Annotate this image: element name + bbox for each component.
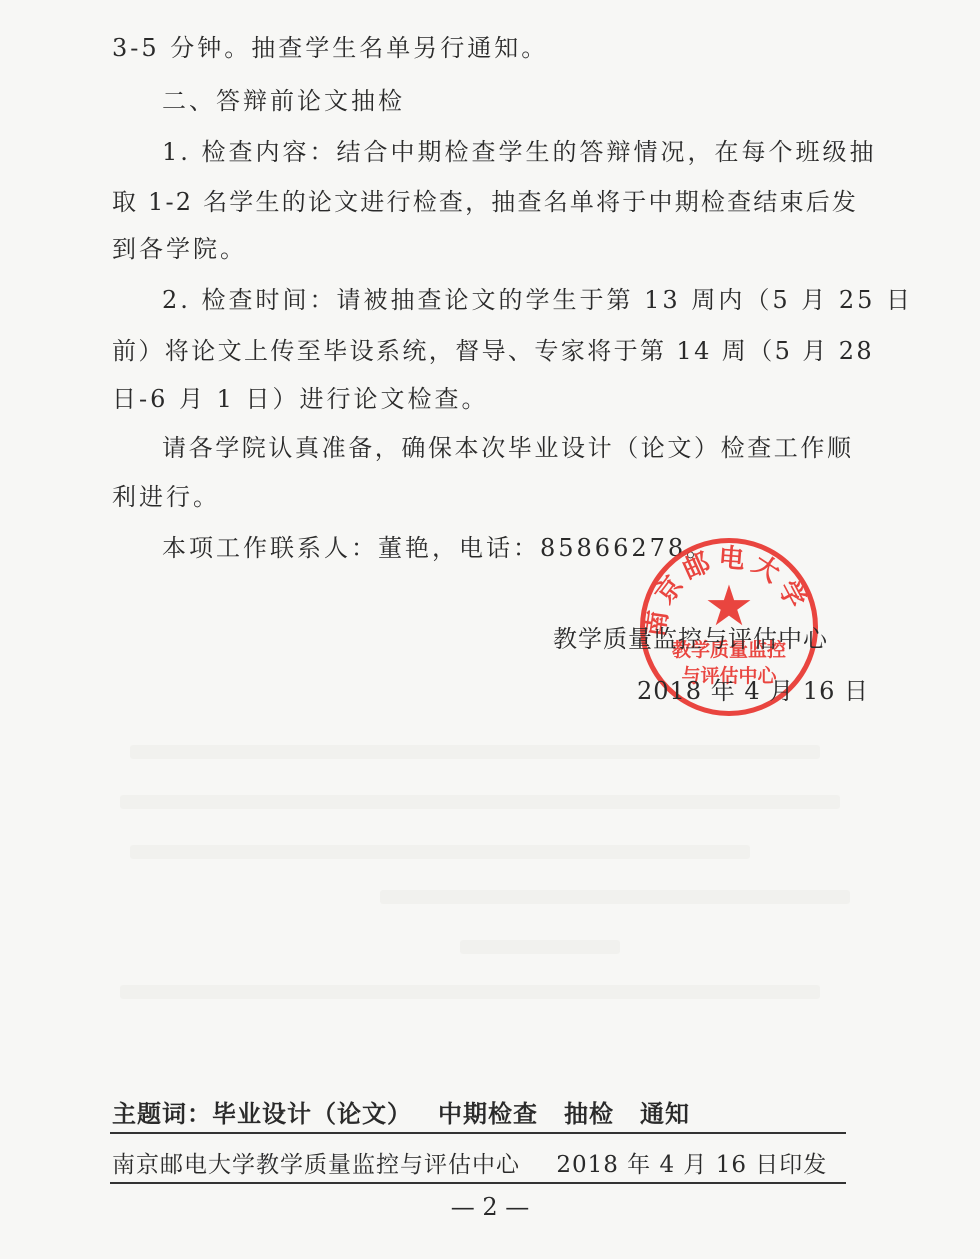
paragraph-line: 到各学院。 (112, 234, 247, 264)
bleed-through (380, 890, 850, 904)
bleed-through (120, 985, 820, 999)
paragraph-line: 前）将论文上传至毕设系统，督导、专家将于第 14 周（5 月 28 (112, 336, 874, 366)
footer-rule-bottom (110, 1182, 846, 1184)
issuer-org: 南京邮电大学教学质量监控与评估中心 (112, 1152, 520, 1178)
footer-rule-top (110, 1132, 846, 1134)
keywords-label: 主题词： (112, 1100, 212, 1128)
contact-line: 本项工作联系人：董艳，电话：85866278。 (162, 533, 713, 563)
bleed-through (130, 845, 750, 859)
paragraph-line: 取 1-2 名学生的论文进行检查，抽查名单将于中期检查结束后发 (112, 187, 858, 217)
section-heading: 二、答辩前论文抽检 (162, 86, 405, 116)
bleed-through (120, 795, 840, 809)
page-number: — 2 — (0, 1193, 980, 1221)
bleed-through (130, 745, 820, 759)
keywords-line: 主题词：毕业设计（论文）中期检查抽检通知 (112, 1094, 716, 1129)
paragraph-line: 日-6 月 1 日）进行论文检查。 (112, 384, 489, 414)
keyword: 抽检 (564, 1100, 614, 1128)
issuer-line: 南京邮电大学教学质量监控与评估中心 2018 年 4 月 16 日印发 (112, 1146, 827, 1179)
bleed-through (460, 940, 620, 954)
paragraph-line: 1. 检查内容：结合中期检查学生的答辩情况，在每个班级抽 (162, 137, 877, 167)
keyword: 中期检查 (438, 1100, 538, 1128)
paragraph-line: 请各学院认真准备，确保本次毕业设计（论文）检查工作顺 (162, 433, 854, 463)
keyword: 通知 (640, 1100, 690, 1128)
paragraph-line: 3-5 分钟。抽查学生名单另行通知。 (112, 33, 548, 63)
paragraph-line: 2. 检查时间：请被抽查论文的学生于第 13 周内（5 月 25 日 (162, 285, 913, 315)
signature-org: 教学质量监控与评估中心 (553, 624, 828, 654)
signature-date: 2018 年 4 月 16 日 (637, 676, 869, 706)
paragraph-line: 利进行。 (112, 482, 220, 512)
keyword: 毕业设计（论文） (212, 1100, 412, 1128)
issue-date: 2018 年 4 月 16 日印发 (556, 1152, 827, 1178)
